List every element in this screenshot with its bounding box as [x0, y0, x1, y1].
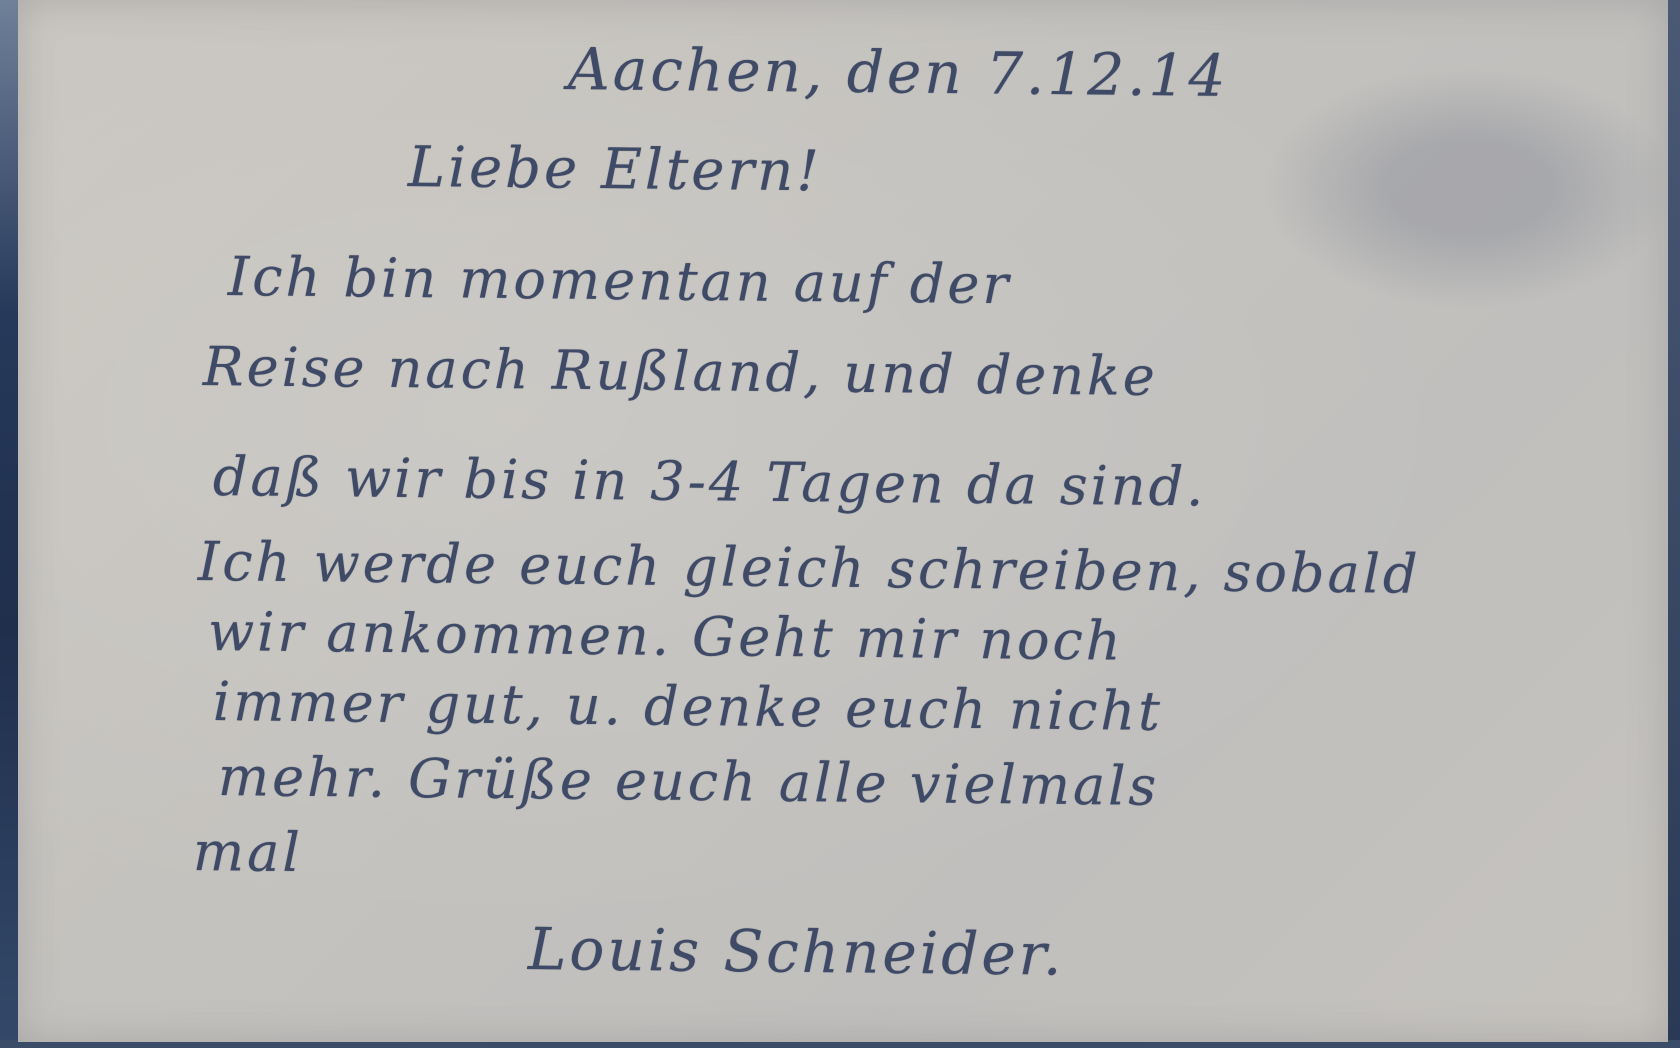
salutation: Liebe Eltern!: [408, 135, 822, 204]
body-line-3: daß wir bis in 3-4 Tagen da sind.: [213, 445, 1207, 518]
body-line-2: Reise nach Rußland, und denke: [203, 335, 1158, 408]
body-line-4: Ich werde euch gleich schreiben, sobald: [198, 530, 1421, 606]
body-line-8: mal: [193, 820, 303, 884]
background-edge-right: [1668, 0, 1680, 1048]
place-date: Aachen, den 7.12.14: [568, 35, 1229, 110]
body-line-6: immer gut, u. denke euch nicht: [213, 670, 1164, 743]
postcard: Aachen, den 7.12.14 Liebe Eltern! Ich bi…: [18, 0, 1668, 1042]
body-line-5: wir ankommen. Geht mir noch: [208, 600, 1124, 673]
background-edge-left: [0, 0, 18, 1048]
body-line-1: Ich bin momentan auf der: [228, 245, 1012, 316]
body-line-7: mehr. Grüße euch alle vielmals: [218, 745, 1160, 818]
signature: Louis Schneider.: [528, 915, 1065, 989]
